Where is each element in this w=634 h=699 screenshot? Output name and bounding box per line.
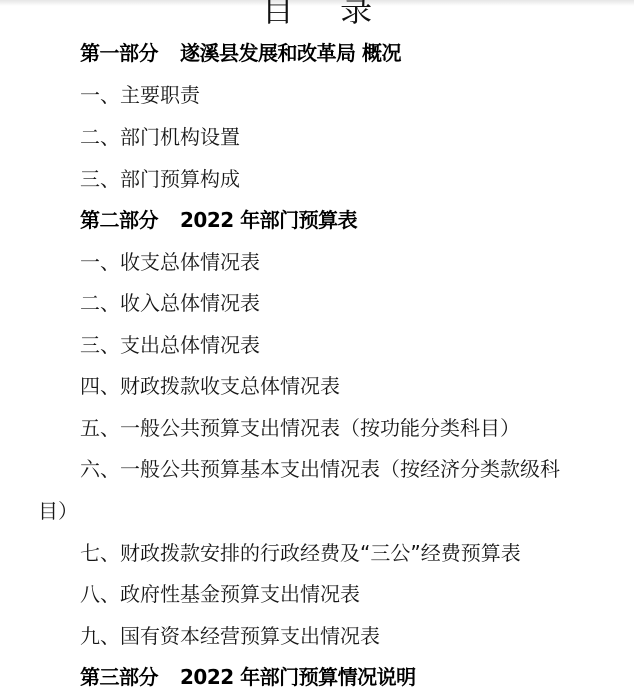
toc-item[interactable]: 一、主要职责 [80,82,200,108]
part-label: 第一部分 [80,41,158,65]
toc-part-2[interactable]: 第二部分2022 年部门预算表 [80,207,357,233]
part-heading: 2022 年部门预算情况说明 [180,665,416,689]
toc-item[interactable]: 五、一般公共预算支出情况表（按功能分类科目） [80,415,520,441]
toc-item[interactable]: 一、收支总体情况表 [80,249,260,275]
toc-item-continued[interactable]: 目） [38,498,78,524]
toc-item[interactable]: 二、收入总体情况表 [80,290,260,316]
toc-item[interactable]: 三、部门预算构成 [80,166,240,192]
toc-part-3[interactable]: 第三部分2022 年部门预算情况说明 [80,664,416,690]
toc-item[interactable]: 六、一般公共预算基本支出情况表（按经济分类款级科 [80,456,560,482]
part-heading: 2022 年部门预算表 [180,208,357,232]
toc-part-1[interactable]: 第一部分遂溪县发展和改革局 概况 [80,40,401,66]
toc-title: 目 录 [0,0,634,30]
toc-item[interactable]: 九、国有资本经营预算支出情况表 [80,623,380,649]
part-label: 第二部分 [80,208,158,232]
toc-item[interactable]: 三、支出总体情况表 [80,332,260,358]
toc-item[interactable]: 七、财政拨款安排的行政经费及“三公”经费预算表 [80,540,521,566]
toc-item[interactable]: 八、政府性基金预算支出情况表 [80,581,360,607]
part-heading: 遂溪县发展和改革局 概况 [180,41,401,65]
part-label: 第三部分 [80,665,158,689]
toc-item[interactable]: 四、财政拨款收支总体情况表 [80,373,340,399]
toc-item[interactable]: 二、部门机构设置 [80,124,240,150]
